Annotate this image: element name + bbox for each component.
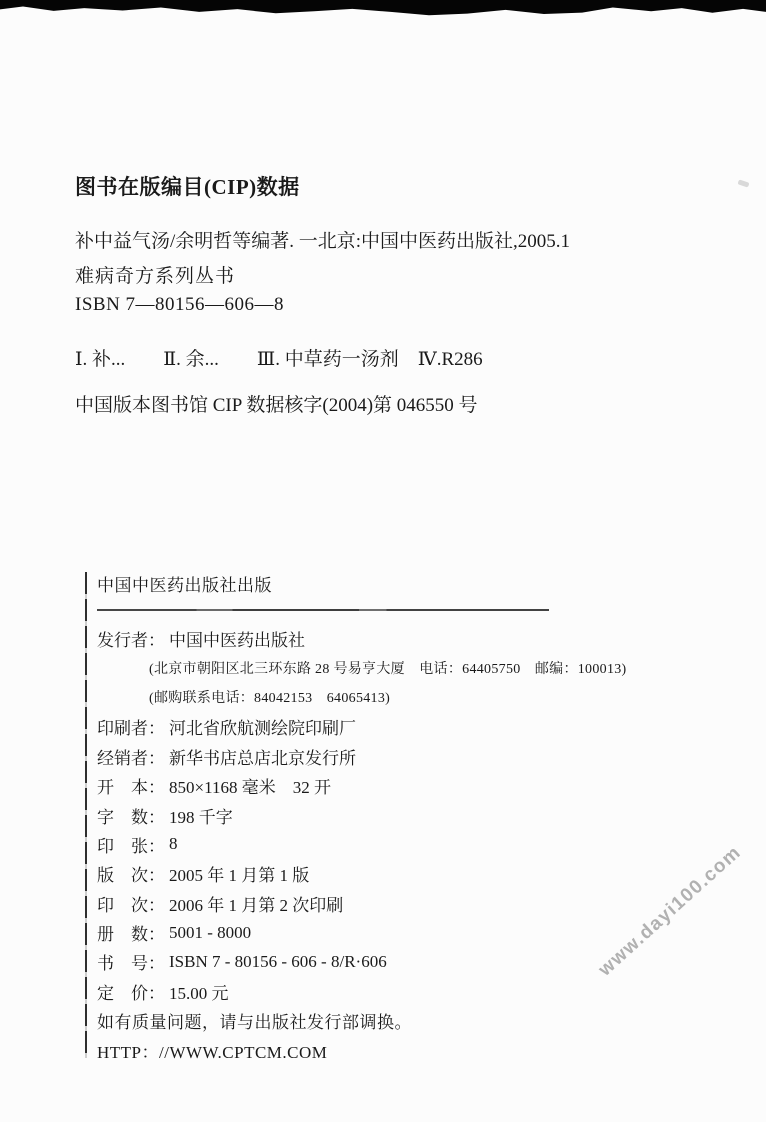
row-value: 198 千字 [169,803,233,828]
colophon-row-seller: 经销者： 新华书店总店北京发行所 [97,742,737,771]
row-label: 印刷者： [97,714,165,739]
row-label: 开 本： [97,773,165,798]
mail-order-note-line: (邮购联系电话：84042153 64065413) [97,683,737,712]
row-value: 5001 - 8000 [169,923,251,943]
colophon-left-border [85,572,87,1058]
colophon-row-sheets: 印 张： 8 [97,830,737,859]
row-label: 发行者： [97,626,165,651]
row-value: 2005 年 1 月第 1 版 [169,861,309,886]
scan-artifact-speck [737,179,749,187]
row-label: 册 数： [97,920,165,945]
cip-series-line: 难病奇方系列丛书 [75,261,235,288]
colophon-block: 中国中医药出版社出版 发行者： 中国中医药出版社 (北京市朝阳区北三环东路 28… [97,572,737,1065]
colophon-row-price: 定 价： 15.00 元 [97,977,737,1006]
divider-rule [97,609,549,611]
address-note-line: (北京市朝阳区北三环东路 28 号易亨大厦 电话：64405750 邮编：100… [97,653,737,682]
cip-isbn-line: ISBN 7—80156—606—8 [75,294,284,316]
publisher-line: 中国中医药出版社出版 [97,572,737,599]
row-value: 新华书店总店北京发行所 [169,744,356,769]
row-label: 印 次： [97,891,165,916]
colophon-row-distributor: 发行者： 中国中医药出版社 [97,624,737,653]
colophon-row-edition: 版 次： 2005 年 1 月第 1 版 [97,859,737,888]
colophon-row-word-count: 字 数： 198 千字 [97,800,737,829]
row-label: 经销者： [97,744,165,769]
cip-record-line: 中国版本图书馆 CIP 数据核字(2004)第 046550 号 [75,390,478,417]
row-value: 河北省欣航测绘院印刷厂 [169,714,356,739]
colophon-row-printing: 印 次： 2006 年 1 月第 2 次印刷 [97,889,737,918]
website-line: HTTP：//WWW.CPTCM.COM [97,1035,737,1064]
cip-classification-line: Ⅰ. 补... Ⅱ. 余... Ⅲ. 中草药一汤剂 Ⅳ.R286 [75,344,483,371]
row-label: 书 号： [97,949,165,974]
row-label: 印 张： [97,832,165,857]
row-label: 定 价： [97,979,165,1004]
row-label: 字 数： [97,803,165,828]
row-value: 2006 年 1 月第 2 次印刷 [169,891,343,916]
cip-title-line: 补中益气汤/余明哲等编著. 一北京:中国中医药出版社,2005.1 [75,226,570,253]
cip-heading: 图书在版编目(CIP)数据 [75,171,300,201]
quality-note-line: 如有质量问题，请与出版社发行部调换。 [97,1006,737,1035]
scan-artifact-top-band [0,0,766,17]
colophon-row-format: 开 本： 850×1168 毫米 32 开 [97,771,737,800]
row-label: 版 次： [97,861,165,886]
row-value: 8 [169,834,178,854]
row-value: 850×1168 毫米 32 开 [169,773,331,798]
row-value: 15.00 元 [169,979,229,1004]
row-value: ISBN 7 - 80156 - 606 - 8/R·606 [169,952,387,972]
colophon-row-printer: 印刷者： 河北省欣航测绘院印刷厂 [97,712,737,741]
scanned-book-copyright-page: 图书在版编目(CIP)数据 补中益气汤/余明哲等编著. 一北京:中国中医药出版社… [0,0,766,1122]
row-value: 中国中医药出版社 [169,626,305,651]
